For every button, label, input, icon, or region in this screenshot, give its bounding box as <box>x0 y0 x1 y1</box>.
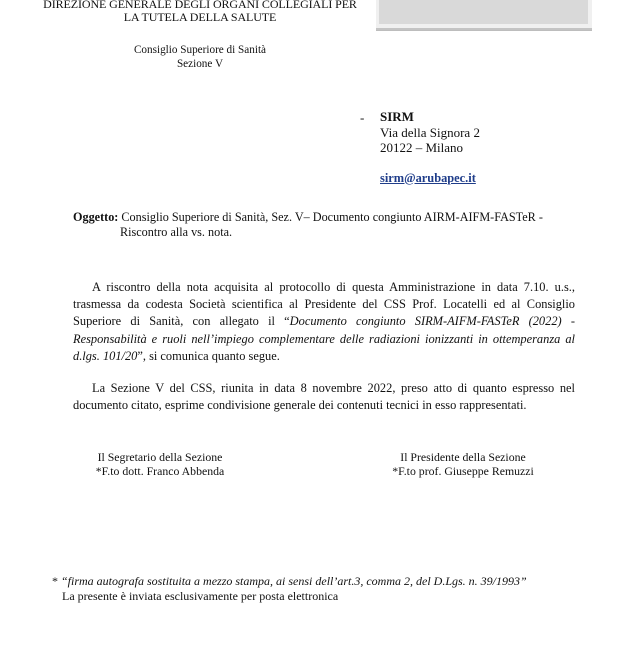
protocol-stamp-box <box>376 0 592 30</box>
council-name: Consiglio Superiore di Sanità <box>90 44 310 58</box>
department-line-2: LA TUTELA DELLA SALUTE <box>40 11 360 24</box>
secretary-title: Il Segretario della Sezione <box>88 451 232 465</box>
recipient-street: Via della Signora 2 <box>380 125 480 141</box>
signature-president: Il Presidente della Sezione *F.to prof. … <box>386 451 540 478</box>
footnote-asterisk: * <box>52 574 61 588</box>
recipient-address: SIRM Via della Signora 2 20122 – Milano … <box>380 109 480 186</box>
subject-block: Oggetto: Consiglio Superiore di Sanità, … <box>73 210 553 239</box>
footnote-delivery: La presente è inviata esclusivamente per… <box>52 589 527 604</box>
subject-line-1: Consiglio Superiore di Sanità, Sez. V– D… <box>121 210 543 224</box>
body-paragraph-1: A riscontro della nota acquisita al prot… <box>73 279 575 365</box>
subject-label: Oggetto: <box>73 210 118 224</box>
subject-line-2: Riscontro alla vs. nota. <box>73 225 553 240</box>
recipient-name: SIRM <box>380 109 480 125</box>
president-name: *F.to prof. Giuseppe Remuzzi <box>386 465 540 479</box>
para1-text-end: ”, si comunica quanto segue. <box>137 349 279 363</box>
president-title: Il Presidente della Sezione <box>386 451 540 465</box>
council-heading: Consiglio Superiore di Sanità Sezione V <box>90 44 310 71</box>
recipient-email-link[interactable]: sirm@arubapec.it <box>380 171 476 187</box>
department-heading: DIREZIONE GENERALE DEGLI ORGANI COLLEGIA… <box>40 0 360 24</box>
protocol-stamp-fill <box>379 0 588 24</box>
council-section: Sezione V <box>90 58 310 72</box>
signature-secretary: Il Segretario della Sezione *F.to dott. … <box>88 451 232 478</box>
recipient-city: 20122 – Milano <box>380 140 480 156</box>
body-paragraph-2: La Sezione V del CSS, riunita in data 8 … <box>73 380 575 414</box>
recipient-bullet: - <box>360 109 364 126</box>
footnote-signature-note: “firma autografa sostituita a mezzo stam… <box>61 574 527 588</box>
para2-text: La Sezione V del CSS, riunita in data 8 … <box>73 381 575 412</box>
secretary-name: *F.to dott. Franco Abbenda <box>88 465 232 479</box>
footer-notes: * “firma autografa sostituita a mezzo st… <box>52 574 527 604</box>
